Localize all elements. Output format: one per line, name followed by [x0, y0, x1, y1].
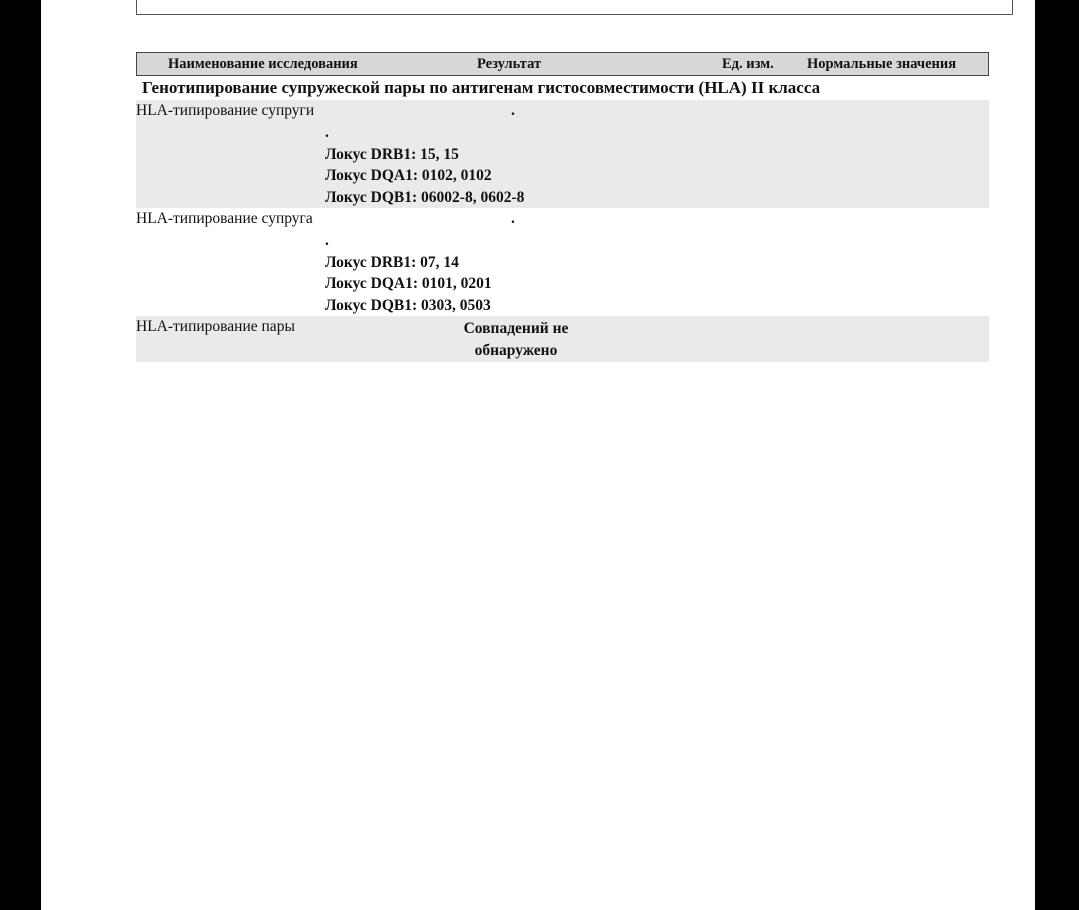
table-row: HLA-типирование супруга . . Локус DRB1: …: [136, 208, 989, 316]
previous-section-box: [136, 0, 1013, 15]
result-value: . Локус DRB1: 15, 15 Локус DQA1: 0102, 0…: [325, 122, 524, 208]
table-row: HLA-типирование пары Совпадений не обнар…: [136, 316, 989, 362]
result-sub-marker: .: [325, 122, 524, 144]
column-header-name: Наименование исследования: [168, 56, 358, 73]
result-marker: .: [511, 102, 515, 120]
results-table: Наименование исследования Результат Ед. …: [136, 52, 989, 362]
section-title: Генотипирование супружеской пары по анти…: [136, 76, 989, 100]
result-value: Совпадений не обнаружено: [426, 318, 606, 362]
document-page: Наименование исследования Результат Ед. …: [41, 0, 1035, 910]
column-header-result: Результат: [477, 56, 541, 73]
table-row: HLA-типирование супруги . . Локус DRB1: …: [136, 100, 989, 208]
result-line-2: обнаружено: [426, 340, 606, 362]
result-value: . Локус DRB1: 07, 14 Локус DQA1: 0101, 0…: [325, 230, 492, 316]
table-header: Наименование исследования Результат Ед. …: [136, 52, 989, 76]
locus-dqb1: Локус DQB1: 06002-8, 0602-8: [325, 187, 524, 209]
column-header-units: Ед. изм.: [722, 56, 774, 73]
result-line-1: Совпадений не: [426, 318, 606, 340]
locus-dqa1: Локус DQA1: 0101, 0201: [325, 273, 492, 295]
test-name: HLA-типирование супруга: [136, 210, 313, 228]
test-name: HLA-типирование супруги: [136, 102, 314, 120]
locus-drb1: Локус DRB1: 07, 14: [325, 252, 492, 274]
locus-dqa1: Локус DQA1: 0102, 0102: [325, 165, 524, 187]
result-marker: .: [511, 210, 515, 228]
locus-dqb1: Локус DQB1: 0303, 0503: [325, 295, 492, 317]
locus-drb1: Локус DRB1: 15, 15: [325, 144, 524, 166]
result-sub-marker: .: [325, 230, 492, 252]
test-name: HLA-типирование пары: [136, 318, 295, 336]
column-header-normal-values: Нормальные значения: [807, 56, 956, 73]
